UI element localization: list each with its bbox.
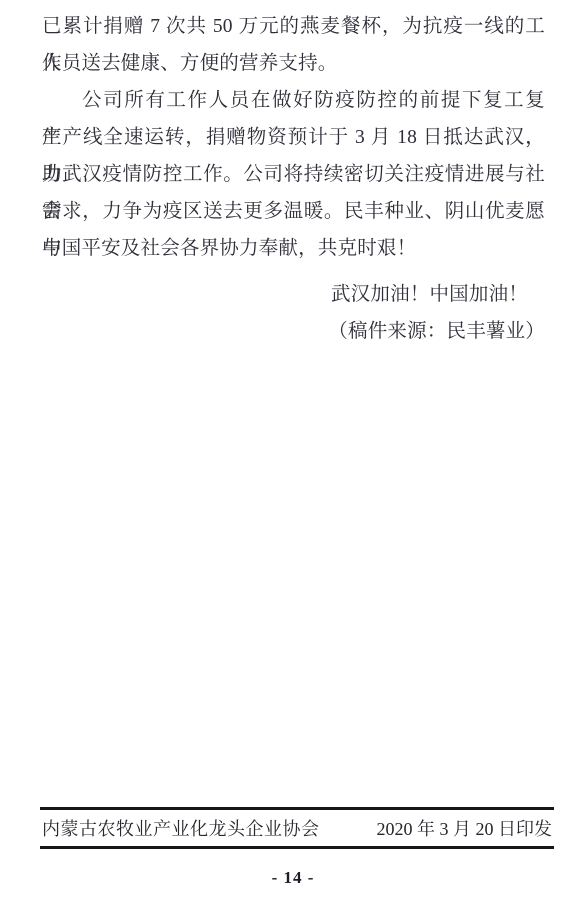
body-line: 公司所有工作人员在做好防疫防控的前提下复工复产， xyxy=(42,82,545,119)
document-page: 已累计捐赠 7 次共 50 万元的燕麦餐杯，为抗疫一线的工作 人员送去健康、方便… xyxy=(0,0,586,907)
issuer-name: 内蒙古农牧业产业化龙头企业协会 xyxy=(40,815,320,841)
body-line: 中国平安及社会各界协力奉献，共克时艰！ xyxy=(42,230,545,267)
document-body: 已累计捐赠 7 次共 50 万元的燕麦餐杯，为抗疫一线的工作 人员送去健康、方便… xyxy=(42,8,545,350)
colophon-bar: 内蒙古农牧业产业化龙头企业协会 2020 年 3 月 20 日印发 xyxy=(40,807,554,849)
issue-date: 2020 年 3 月 20 日印发 xyxy=(377,815,555,841)
body-line: 需求，力争为疫区送去更多温暖。民丰种业、阴山优麦愿与 xyxy=(42,193,545,230)
slogan-line: 武汉加油！中国加油！ xyxy=(42,276,545,313)
body-line: 力武汉疫情防控工作。公司将持续密切关注疫情进展与社会 xyxy=(42,156,545,193)
page-number: - 14 - xyxy=(0,868,586,888)
body-line: 人员送去健康、方便的营养支持。 xyxy=(42,45,545,82)
body-line: 生产线全速运转，捐赠物资预计于 3 月 18 日抵达武汉，助 xyxy=(42,119,545,156)
body-line: 已累计捐赠 7 次共 50 万元的燕麦餐杯，为抗疫一线的工作 xyxy=(42,8,545,45)
source-credit-line: （稿件来源：民丰薯业） xyxy=(42,313,545,350)
